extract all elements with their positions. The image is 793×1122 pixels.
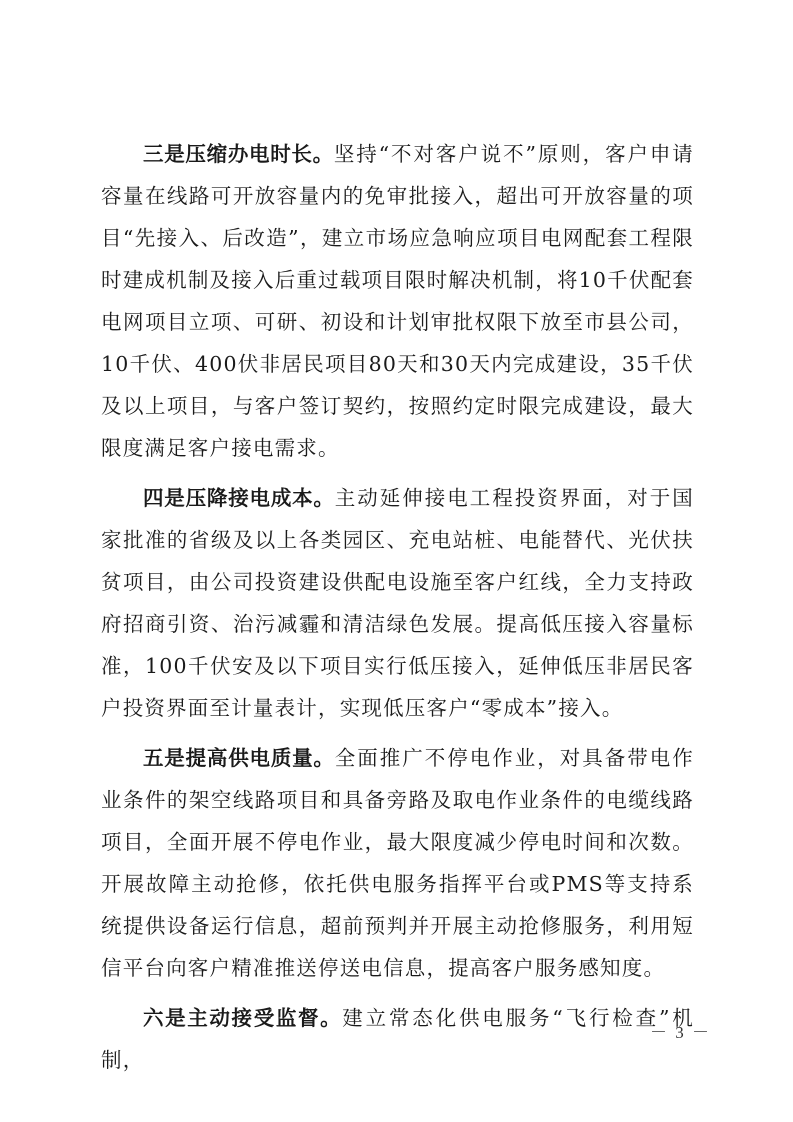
paragraph-improve-quality: 五是提高供电质量。全面推广不停电作业，对具备带电作业条件的架空线路项目和具备旁路… [101, 737, 694, 989]
paragraph-text: 坚持“不对客户说不”原则，客户申请容量在线路可开放容量内的免审批接入，超出可开放… [101, 142, 694, 460]
document-body: 三是压缩办电时长。坚持“不对客户说不”原则，客户申请容量在线路可开放容量内的免审… [101, 133, 694, 1089]
page-number: － 3 － [650, 1018, 711, 1043]
paragraph-text: 主动延伸接电工程投资界面，对于国家批准的省级及以上各类园区、充电站桩、电能替代、… [101, 486, 694, 720]
paragraph-heading: 五是提高供电质量。 [143, 746, 335, 770]
paragraph-text: 全面推广不停电作业，对具备带电作业条件的架空线路项目和具备旁路及取电作业条件的电… [101, 746, 694, 980]
paragraph-heading: 四是压降接电成本。 [143, 486, 335, 510]
document-page: 三是压缩办电时长。坚持“不对客户说不”原则，客户申请容量在线路可开放容量内的免审… [0, 0, 793, 1122]
paragraph-reduce-cost: 四是压降接电成本。主动延伸接电工程投资界面，对于国家批准的省级及以上各类园区、充… [101, 477, 694, 729]
paragraph-heading: 六是主动接受监督。 [143, 1006, 342, 1030]
paragraph-compress-time: 三是压缩办电时长。坚持“不对客户说不”原则，客户申请容量在线路可开放容量内的免审… [101, 133, 694, 469]
paragraph-accept-supervision: 六是主动接受监督。建立常态化供电服务“飞行检查”机制， [101, 997, 694, 1081]
paragraph-heading: 三是压缩办电时长。 [143, 142, 334, 166]
